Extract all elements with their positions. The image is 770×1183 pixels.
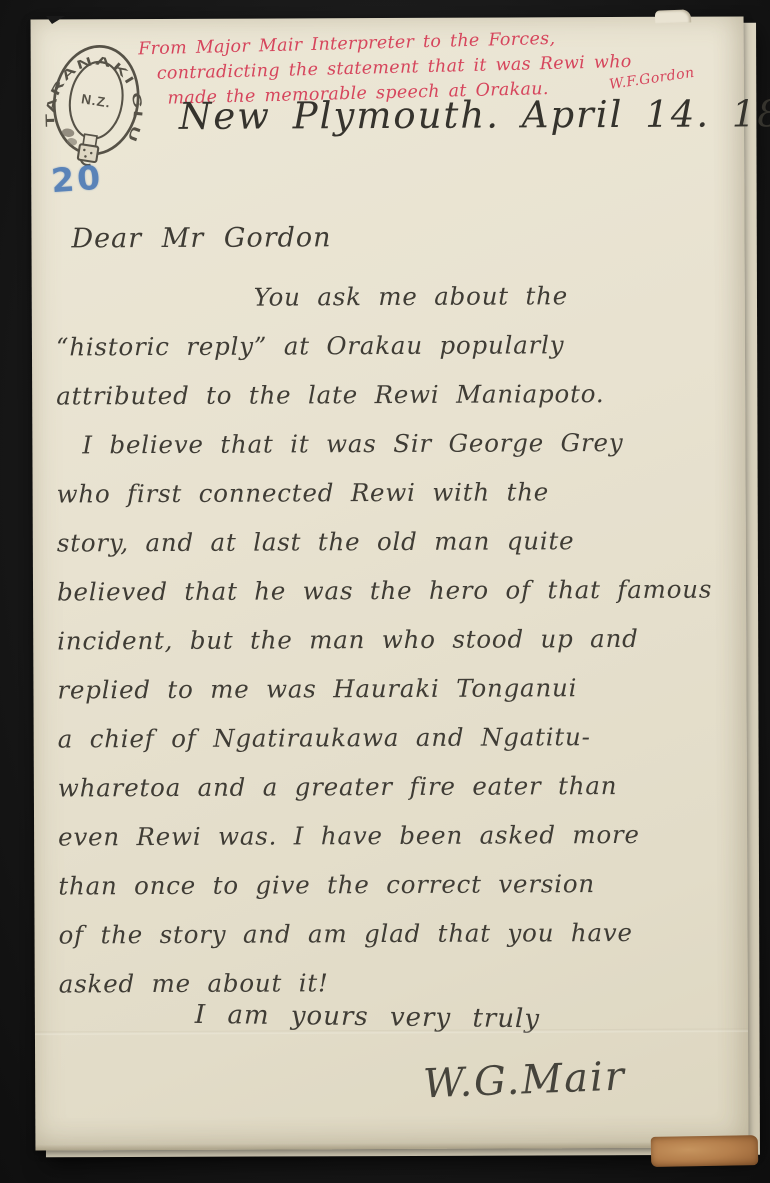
letter-line: than once to give the correct version: [58, 859, 730, 911]
photo-background: TARANAKI CLUB. N.Z. From Major Mair Inte…: [0, 0, 770, 1183]
catalog-number: 20: [50, 157, 105, 200]
letter-signature: W.G.Mair: [422, 1053, 626, 1107]
crest-region-text: N.Z.: [80, 91, 112, 110]
letter-paper: TARANAKI CLUB. N.Z. From Major Mair Inte…: [31, 16, 749, 1150]
letter-line: I believe that it was Sir George Grey: [82, 418, 728, 470]
letter-line: believed that he was the hero of that fa…: [57, 565, 729, 617]
letter-line: wharetoa and a greater fire eater than: [58, 761, 730, 813]
torn-bump: [655, 9, 691, 23]
letter-closing: I am yours very truly: [195, 1000, 541, 1035]
letter-line: story, and at last the old man quite: [57, 516, 729, 568]
letter-line: a chief of Ngatiraukawa and Ngatitu-: [58, 712, 730, 764]
letter-line: “historic reply” at Orakau popularly: [56, 320, 728, 372]
letter-line: of the story and am glad that you have: [58, 908, 730, 960]
letter-dateline: New Plymouth. April 14. 1892: [179, 92, 769, 138]
letter-line: replied to me was Hauraki Tonganui: [57, 663, 729, 715]
letter-salutation: Dear Mr Gordon: [71, 222, 331, 254]
torn-notch: [46, 16, 65, 24]
letter-line: even Rewi was. I have been asked more: [58, 810, 730, 862]
letter-line: who first connected Rewi with the: [56, 467, 728, 519]
tape-stain: [651, 1135, 759, 1167]
letter-line: attributed to the late Rewi Maniapoto.: [56, 369, 728, 421]
letter-line: incident, but the man who stood up and: [57, 614, 729, 666]
letter-line: asked me about it!: [59, 957, 731, 1009]
letter-line: You ask me about the: [254, 271, 728, 322]
letter-body: You ask me about the “historic reply” at…: [56, 271, 731, 1009]
